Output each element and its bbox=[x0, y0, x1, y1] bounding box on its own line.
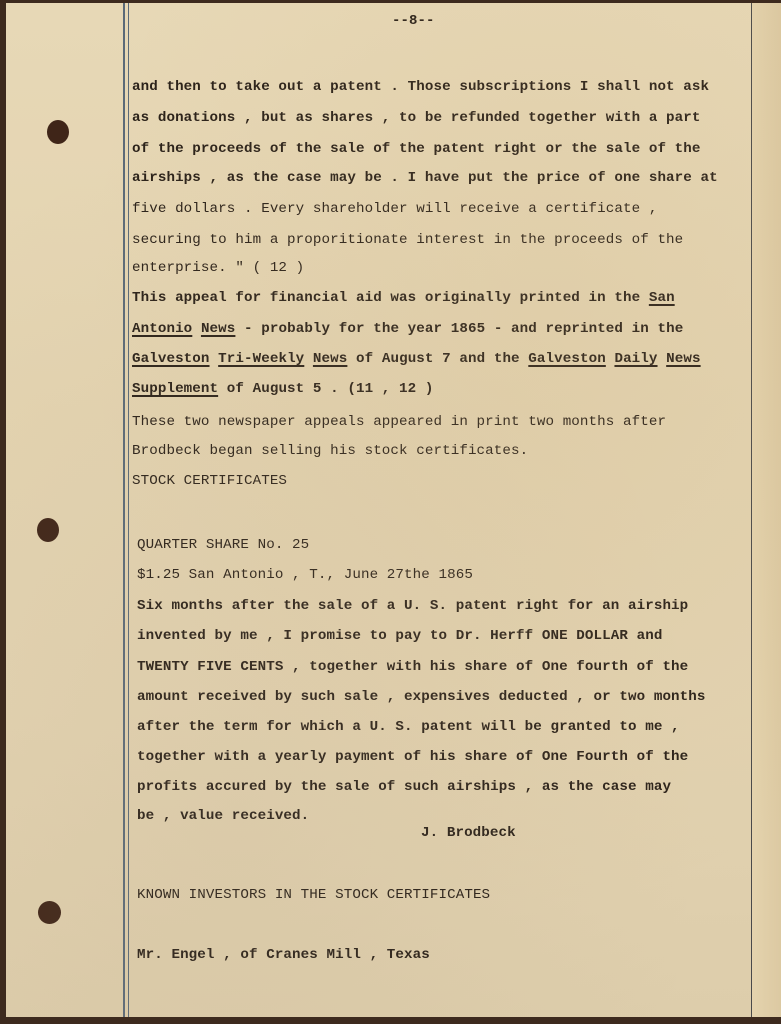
appeal-line: This appeal for financial aid was origin… bbox=[132, 290, 675, 306]
page-edge bbox=[752, 3, 781, 1017]
investors-heading: KNOWN INVESTORS IN THE STOCK CERTIFICATE… bbox=[137, 887, 490, 903]
newspaper-title: News bbox=[313, 351, 347, 367]
certificate-line: be , value received. bbox=[137, 808, 309, 824]
quote-line: as donations , but as shares , to be ref… bbox=[132, 110, 701, 126]
newspaper-title: News bbox=[201, 321, 235, 337]
signature: J. Brodbeck bbox=[421, 825, 516, 841]
certificate-line: amount received by such sale , expensive… bbox=[137, 689, 706, 705]
quote-line: securing to him a proporitionate interes… bbox=[132, 232, 683, 248]
followup-line: These two newspaper appeals appeared in … bbox=[132, 414, 666, 430]
certificate-line: Six months after the sale of a U. S. pat… bbox=[137, 598, 688, 614]
certificate-title: QUARTER SHARE No. 25 bbox=[137, 537, 309, 553]
appeal-text: of August 7 and the bbox=[347, 351, 528, 367]
appeal-text: of August 5 . (11 , 12 ) bbox=[218, 381, 433, 397]
followup-line: Brodbeck began selling his stock certifi… bbox=[132, 443, 528, 459]
certificate-line: after the term for which a U. S. patent … bbox=[137, 719, 680, 735]
quote-line: five dollars . Every shareholder will re… bbox=[132, 201, 657, 217]
certificate-line: together with a yearly payment of his sh… bbox=[137, 749, 688, 765]
margin-rule bbox=[751, 3, 752, 1017]
newspaper-title: Galveston bbox=[528, 351, 606, 367]
punch-hole-icon bbox=[47, 120, 69, 144]
appeal-text bbox=[192, 321, 201, 337]
appeal-line: Antonio News - probably for the year 186… bbox=[132, 321, 683, 337]
certificate-line: invented by me , I promise to pay to Dr.… bbox=[137, 628, 662, 644]
punch-hole-icon bbox=[37, 518, 59, 542]
appeal-text bbox=[304, 351, 313, 367]
newspaper-title: Tri-Weekly bbox=[218, 351, 304, 367]
newspaper-title: San bbox=[649, 290, 675, 306]
appeal-text bbox=[658, 351, 667, 367]
quote-line: and then to take out a patent . Those su… bbox=[132, 79, 709, 95]
appeal-text bbox=[210, 351, 219, 367]
quote-line: airships , as the case may be . I have p… bbox=[132, 170, 718, 186]
newspaper-title: News bbox=[666, 351, 700, 367]
section-heading: STOCK CERTIFICATES bbox=[132, 473, 287, 489]
certificate-line: TWENTY FIVE CENTS , together with his sh… bbox=[137, 659, 688, 675]
newspaper-title: Supplement bbox=[132, 381, 218, 397]
newspaper-title: Daily bbox=[614, 351, 657, 367]
typewritten-page: --8-- and then to take out a patent . Th… bbox=[6, 3, 781, 1017]
appeal-text: This appeal for financial aid was origin… bbox=[132, 290, 649, 306]
margin-rule bbox=[123, 3, 125, 1017]
appeal-line: Galveston Tri-Weekly News of August 7 an… bbox=[132, 351, 701, 367]
punch-hole-icon bbox=[38, 901, 61, 924]
newspaper-title: Galveston bbox=[132, 351, 210, 367]
page-number: --8-- bbox=[392, 13, 435, 29]
newspaper-title: Antonio bbox=[132, 321, 192, 337]
appeal-line: Supplement of August 5 . (11 , 12 ) bbox=[132, 381, 434, 397]
margin-rule bbox=[128, 3, 129, 1017]
appeal-text: - probably for the year 1865 - and repri… bbox=[235, 321, 683, 337]
certificate-line: profits accured by the sale of such airs… bbox=[137, 779, 671, 795]
quote-line: of the proceeds of the sale of the paten… bbox=[132, 141, 701, 157]
certificate-header: $1.25 San Antonio , T., June 27the 1865 bbox=[137, 567, 473, 583]
investor-entry: Mr. Engel , of Cranes Mill , Texas bbox=[137, 947, 430, 963]
quote-line: enterprise. " ( 12 ) bbox=[132, 260, 304, 276]
